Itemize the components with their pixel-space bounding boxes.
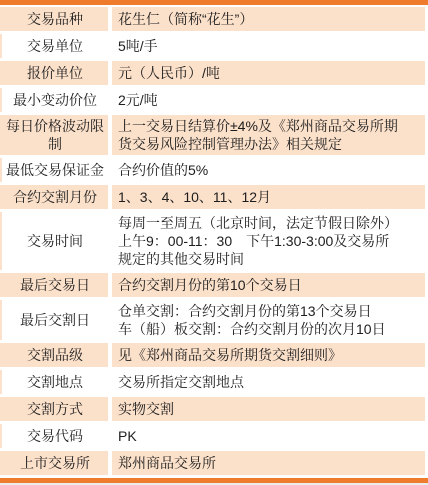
spec-row: 报价单位元（人民币）/吨 [0,61,428,85]
row-value: 元（人民币）/吨 [112,61,425,85]
spec-row: 最低交易保证金合约价值的5% [0,158,428,182]
row-value: 交易所指定交割地点 [112,370,425,394]
spec-row: 交易单位5吨/手 [0,34,428,58]
row-value: 1、3、4、10、11、12月 [112,185,425,209]
spec-row: 上市交易所郑州商品交易所 [0,451,428,475]
spec-row: 每日价格波动限 制上一交易日结算价±4%及《郑州商品交易所期 货交易风险控制管理… [0,115,428,155]
row-label: 每日价格波动限 制 [0,115,108,155]
spec-row: 合约交割月份1、3、4、10、11、12月 [0,185,428,209]
spec-table: 交易品种花生仁（简称“花生”）交易单位5吨/手报价单位元（人民币）/吨最小变动价… [0,7,428,475]
row-label: 交易代码 [0,424,108,448]
row-value: 上一交易日结算价±4%及《郑州商品交易所期 货交易风险控制管理办法》相关规定 [112,115,425,155]
row-value: 仓单交割：合约交割月份的第13个交易日 车（船）板交割：合约交割月份的次月10日 [112,300,425,340]
row-value: 5吨/手 [112,34,425,58]
row-value: 2元/吨 [112,88,425,112]
row-value: 合约交割月份的第10个交易日 [112,273,425,297]
contract-spec-page: 交易品种花生仁（简称“花生”）交易单位5吨/手报价单位元（人民币）/吨最小变动价… [0,0,428,485]
row-value: 花生仁（简称“花生”） [112,7,425,31]
row-value: 每周一至周五（北京时间，法定节假日除外） 上午9：00-11：30 下午1:30… [112,212,425,270]
row-value: 郑州商品交易所 [112,451,425,475]
row-label: 交易品种 [0,7,108,31]
spec-row: 交割地点交易所指定交割地点 [0,370,428,394]
spec-row: 交易品种花生仁（简称“花生”） [0,7,428,31]
spec-row: 交割方式实物交割 [0,397,428,421]
row-label: 合约交割月份 [0,185,108,209]
row-label: 最低交易保证金 [0,158,108,182]
row-label: 上市交易所 [0,451,108,475]
row-value: 实物交割 [112,397,425,421]
row-value: 合约价值的5% [112,158,425,182]
row-value: 见《郑州商品交易所期货交割细则》 [112,343,425,367]
row-label: 交割地点 [0,370,108,394]
row-label: 报价单位 [0,61,108,85]
row-label: 交易单位 [0,34,108,58]
row-label: 最小变动价位 [0,88,108,112]
top-accent-bar [0,0,428,5]
row-label: 交割方式 [0,397,108,421]
spec-row: 交易代码PK [0,424,428,448]
spec-row: 最小变动价位2元/吨 [0,88,428,112]
row-label: 最后交割日 [0,300,108,340]
spec-row: 最后交割日仓单交割：合约交割月份的第13个交易日 车（船）板交割：合约交割月份的… [0,300,428,340]
row-label: 交易时间 [0,212,108,270]
spec-row: 最后交易日合约交割月份的第10个交易日 [0,273,428,297]
row-value: PK [112,424,425,448]
row-label: 交割品级 [0,343,108,367]
spec-row: 交割品级见《郑州商品交易所期货交割细则》 [0,343,428,367]
spec-row: 交易时间每周一至周五（北京时间，法定节假日除外） 上午9：00-11：30 下午… [0,212,428,270]
row-label: 最后交易日 [0,273,108,297]
